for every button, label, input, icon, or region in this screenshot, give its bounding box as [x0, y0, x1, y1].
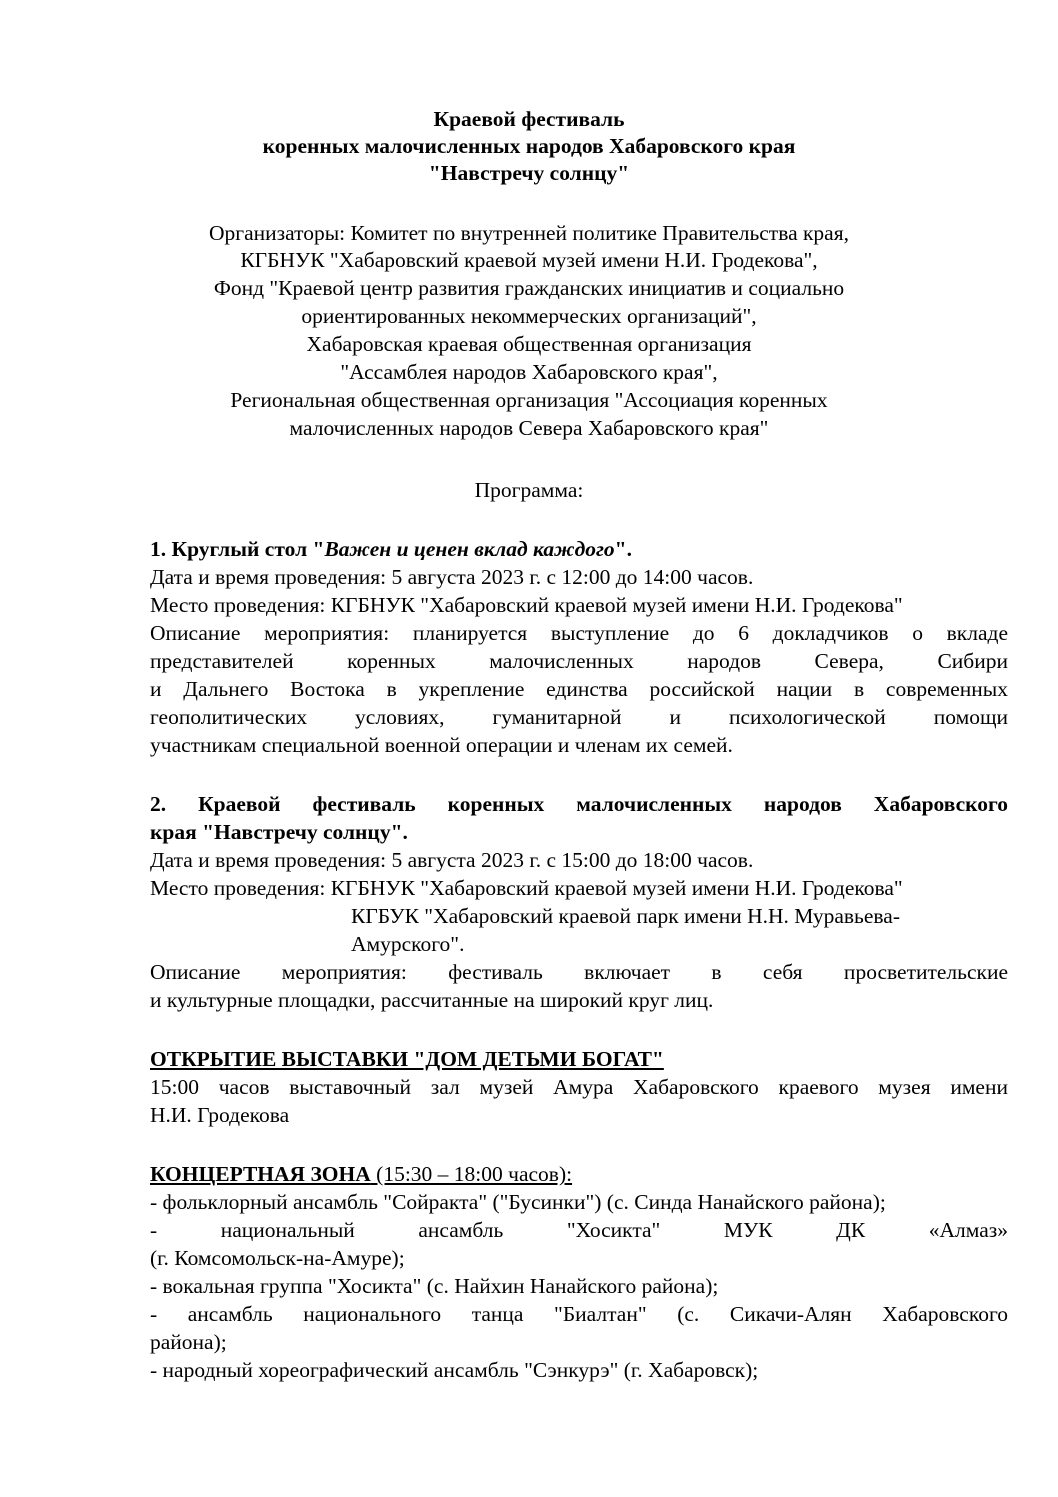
section1-heading: 1. Круглый стол "Важен и ценен вклад каж… [150, 535, 632, 563]
concert-item: - фольклорный ансамбль "Сойракта" ("Буси… [150, 1188, 886, 1216]
section2-venue: Амурского". [351, 930, 464, 958]
concert-item: - национальный ансамбль "Хосикта" МУК ДК… [150, 1216, 1008, 1244]
exhibition-line: 15:00 часов выставочный зал музей Амура … [150, 1073, 1008, 1101]
exhibition-line: Н.И. Гродекова [150, 1101, 289, 1129]
concert-heading: КОНЦЕРТНАЯ ЗОНА (15:30 – 18:00 часов): [150, 1160, 572, 1188]
section1-description-line: Описание мероприятия: планируется выступ… [150, 619, 1008, 647]
concert-item: - ансамбль национального танца "Биалтан"… [150, 1300, 1008, 1328]
section1-description-line: представителей коренных малочисленных на… [150, 647, 1008, 675]
section1-datetime: Дата и время проведения: 5 августа 2023 … [150, 563, 753, 591]
section1-venue: Место проведения: КГБНУК "Хабаровский кр… [150, 591, 903, 619]
section1-description-line: и Дальнего Востока в укрепление единства… [150, 675, 1008, 703]
document-page: Краевой фестиваль коренных малочисленных… [0, 0, 1058, 1497]
organizers-line: Хабаровская краевая общественная организ… [0, 330, 1058, 358]
section1-heading-title: Важен и ценен вклад каждого [324, 537, 614, 561]
program-heading: Программа: [0, 476, 1058, 504]
organizers-line: КГБНУК "Хабаровский краевой музей имени … [0, 246, 1058, 274]
section1-description-line: участникам специальной военной операции … [150, 731, 733, 759]
section2-venue: КГБУК "Хабаровский краевой парк имени Н.… [351, 902, 900, 930]
section1-description-line: геополитических условиях, гуманитарной и… [150, 703, 1008, 731]
title-line-2: коренных малочисленных народов Хабаровск… [0, 132, 1058, 160]
organizers-line: Организаторы: Комитет по внутренней поли… [0, 219, 1058, 247]
title-line-3: "Навстречу солнцу" [0, 159, 1058, 187]
organizers-line: "Ассамблея народов Хабаровского края", [0, 358, 1058, 386]
organizers-line: Региональная общественная организация "А… [0, 386, 1058, 414]
section1-heading-prefix: 1. Круглый стол " [150, 537, 324, 561]
organizers-line: Фонд "Краевой центр развития гражданских… [0, 274, 1058, 302]
concert-item: района); [150, 1328, 227, 1356]
organizers-line: малочисленных народов Севера Хабаровског… [0, 414, 1058, 442]
section2-datetime: Дата и время проведения: 5 августа 2023 … [150, 846, 753, 874]
concert-item: - вокальная группа "Хосикта" (с. Найхин … [150, 1272, 718, 1300]
exhibition-heading: ОТКРЫТИЕ ВЫСТАВКИ "ДОМ ДЕТЬМИ БОГАТ" [150, 1045, 664, 1073]
concert-heading-time: (15:30 – 18:00 часов): [371, 1162, 572, 1186]
section2-heading-line: края "Навстречу солнцу". [150, 818, 408, 846]
section2-description-line: и культурные площадки, рассчитанные на ш… [150, 986, 713, 1014]
concert-heading-title: КОНЦЕРТНАЯ ЗОНА [150, 1162, 371, 1186]
section2-description-line: Описание мероприятия: фестиваль включает… [150, 958, 1008, 986]
section1-heading-suffix: ". [615, 537, 632, 561]
concert-item: (г. Комсомольск-на-Амуре); [150, 1244, 405, 1272]
title-line-1: Краевой фестиваль [0, 105, 1058, 133]
organizers-line: ориентированных некоммерческих организац… [0, 302, 1058, 330]
concert-item: - народный хореографический ансамбль "Сэ… [150, 1356, 758, 1384]
section2-heading-line: 2. Краевой фестиваль коренных малочислен… [150, 790, 1008, 818]
section2-venue: Место проведения: КГБНУК "Хабаровский кр… [150, 874, 903, 902]
